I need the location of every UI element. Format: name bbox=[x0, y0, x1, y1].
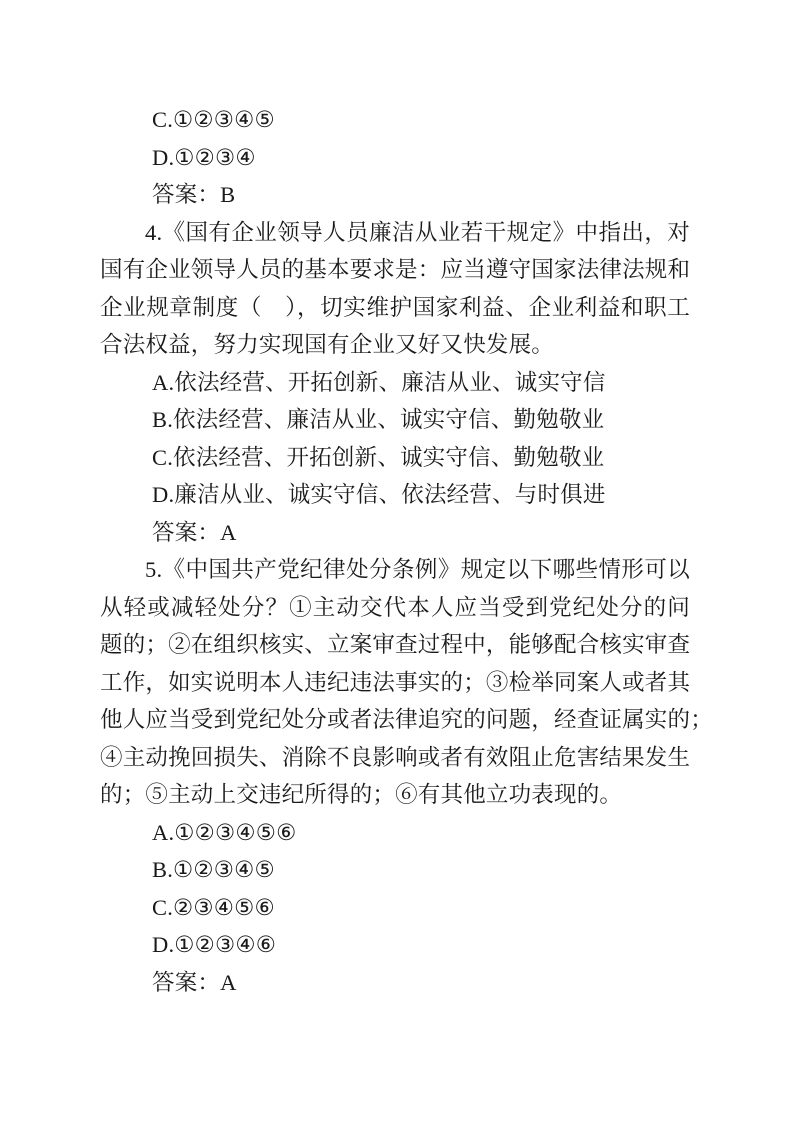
q4-text-line-1: 4.《国有企业领导人员廉洁从业若干规定》中指出，对 bbox=[100, 214, 690, 252]
q3-option-c: C.①②③④⑤ bbox=[100, 101, 690, 139]
q5-text-line-2: 从轻或减轻处分？①主动交代本人应当受到党纪处分的问 bbox=[100, 589, 690, 627]
q4-text-line-2: 国有企业领导人员的基本要求是：应当遵守国家法律法规和 bbox=[100, 251, 690, 289]
q5-option-a: A.①②③④⑤⑥ bbox=[100, 814, 690, 852]
q5-option-b: B.①②③④⑤ bbox=[100, 851, 690, 889]
q3-answer: 答案：B bbox=[100, 176, 690, 214]
q5-option-c: C.②③④⑤⑥ bbox=[100, 889, 690, 927]
q4-text-line-4: 合法权益，努力实现国有企业又好又快发展。 bbox=[100, 326, 690, 364]
q5-text-line-1: 5.《中国共产党纪律处分条例》规定以下哪些情形可以 bbox=[100, 551, 690, 589]
q5-text-line-6: ④主动挽回损失、消除不良影响或者有效阻止危害结果发生 bbox=[100, 739, 690, 777]
document-body: C.①②③④⑤ D.①②③④ 答案：B 4.《国有企业领导人员廉洁从业若干规定》… bbox=[100, 101, 690, 1001]
q4-option-c: C.依法经营、开拓创新、诚实守信、勤勉敬业 bbox=[100, 439, 690, 477]
q4-text-line-3: 企业规章制度（ ），切实维护国家利益、企业利益和职工 bbox=[100, 289, 690, 327]
q4-option-b: B.依法经营、廉洁从业、诚实守信、勤勉敬业 bbox=[100, 401, 690, 439]
q5-text-line-7: 的；⑤主动上交违纪所得的；⑥有其他立功表现的。 bbox=[100, 776, 690, 814]
q5-option-d: D.①②③④⑥ bbox=[100, 926, 690, 964]
q4-option-a: A.依法经营、开拓创新、廉洁从业、诚实守信 bbox=[100, 364, 690, 402]
q5-answer: 答案：A bbox=[100, 964, 690, 1002]
q4-answer: 答案：A bbox=[100, 514, 690, 552]
q5-text-line-5: 他人应当受到党纪处分或者法律追究的问题，经查证属实的； bbox=[100, 701, 690, 739]
q5-text-line-3: 题的；②在组织核实、立案审查过程中，能够配合核实审查 bbox=[100, 626, 690, 664]
q3-option-d: D.①②③④ bbox=[100, 139, 690, 177]
q4-option-d: D.廉洁从业、诚实守信、依法经营、与时俱进 bbox=[100, 476, 690, 514]
q5-text-line-4: 工作，如实说明本人违纪违法事实的；③检举同案人或者其 bbox=[100, 664, 690, 702]
document-page: C.①②③④⑤ D.①②③④ 答案：B 4.《国有企业领导人员廉洁从业若干规定》… bbox=[0, 0, 793, 1122]
